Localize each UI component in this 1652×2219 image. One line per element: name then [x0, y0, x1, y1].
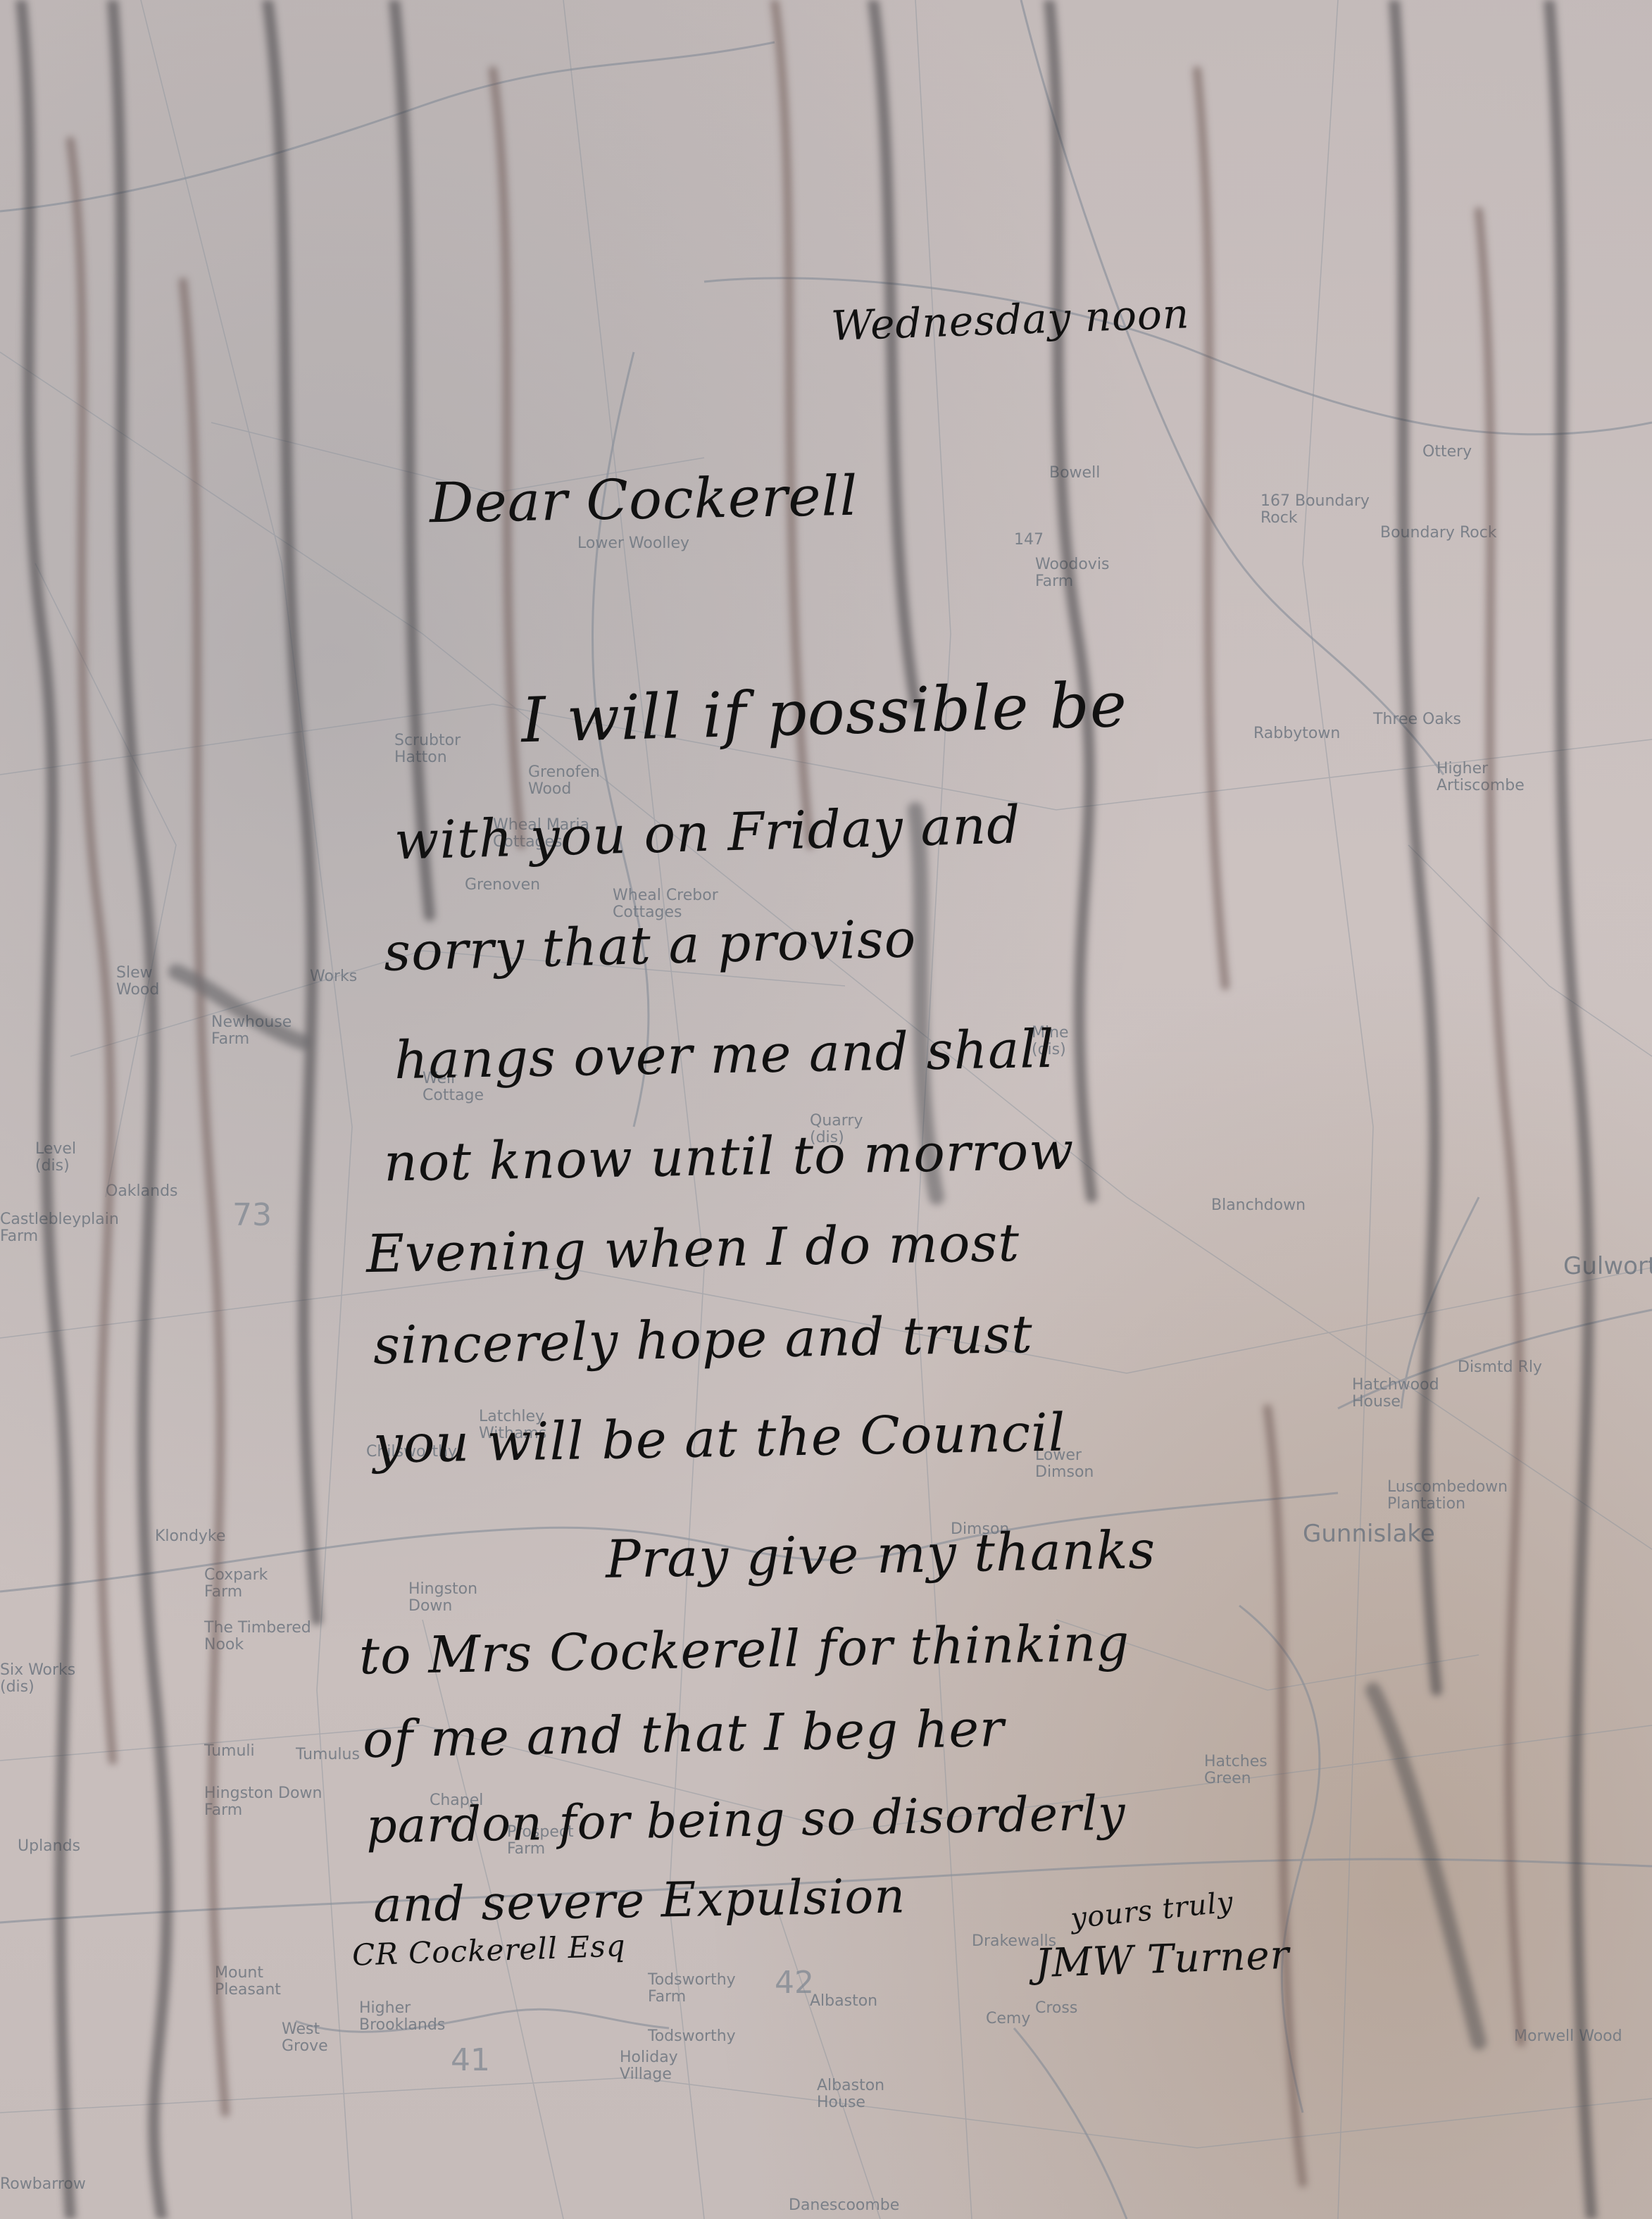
- letter-salutation: Dear Cockerell: [429, 465, 858, 536]
- letter-line-6: Evening when I do most: [365, 1213, 1020, 1284]
- letter-line-11: of me and that I beg her: [362, 1699, 1005, 1769]
- letter-line-7: sincerely hope and trust: [373, 1304, 1033, 1376]
- letter-signature: JMW Turner: [1034, 1932, 1290, 1987]
- letter-line-4: hangs over me and shall: [394, 1019, 1055, 1091]
- letter-line-5: not know until to morrow: [383, 1120, 1075, 1193]
- letter-line-13: and severe Expulsion: [373, 1868, 906, 1933]
- letter-line-8: you will be at the Council: [373, 1402, 1066, 1475]
- letter-line-9: Pray give my thanks: [605, 1520, 1156, 1590]
